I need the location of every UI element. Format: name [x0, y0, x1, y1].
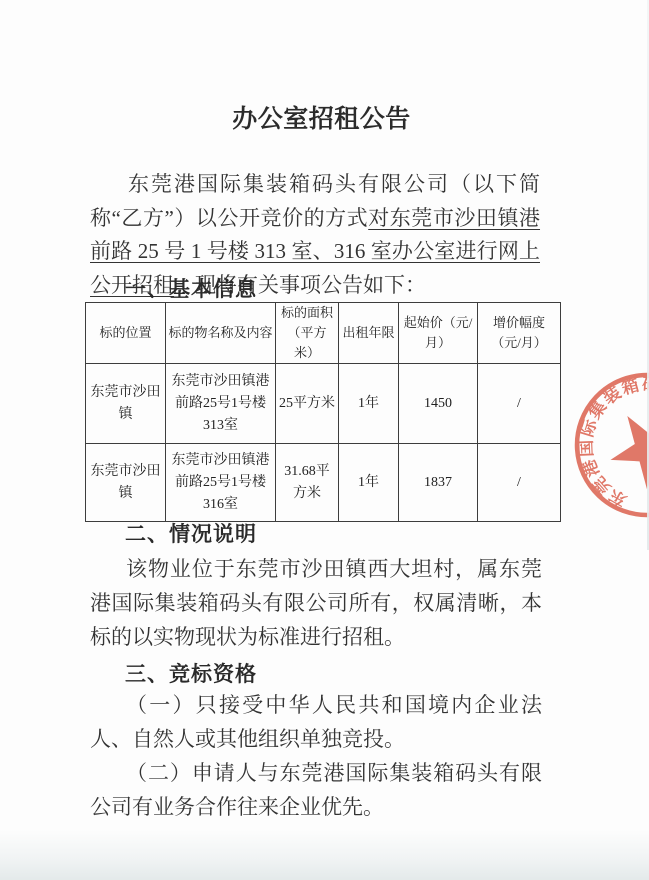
col-header-start-price: 起始价（元/月） — [399, 303, 478, 364]
qualification-paragraphs: （一）只接受中华人民共和国境内企业法人、自然人或其他组织单独竞投。 （二）申请人… — [90, 688, 542, 824]
cell-start-price: 1450 — [399, 364, 478, 444]
col-header-location: 标的位置 — [86, 303, 166, 364]
section-heading-situation: 二、情况说明 — [125, 518, 257, 548]
cell-object-name: 东莞市沙田镇港前路25号1号楼313室 — [166, 364, 276, 444]
company-seal: 东莞港国际集装箱码头有限公司 — [562, 360, 649, 530]
cell-area: 25平方米 — [276, 364, 339, 444]
table-header-row: 标的位置 标的物名称及内容 标的面积（平方米） 出租年限 起始价（元/月） 增价… — [86, 303, 561, 364]
cell-start-price: 1837 — [399, 444, 478, 522]
scan-bottom-shadow — [0, 830, 649, 880]
table-row: 东莞市沙田镇 东莞市沙田镇港前路25号1号楼313室 25平方米 1年 1450… — [86, 364, 561, 444]
cell-area: 31.68平方米 — [276, 444, 339, 522]
cell-location: 东莞市沙田镇 — [86, 364, 166, 444]
qualification-item: （一）只接受中华人民共和国境内企业法人、自然人或其他组织单独竞投。 — [90, 688, 542, 756]
cell-increment: / — [478, 364, 561, 444]
situation-paragraph: 该物业位于东莞市沙田镇西大坦村，属东莞港国际集装箱码头有限公司所有，权属清晰，本… — [90, 552, 542, 654]
cell-lease-term: 1年 — [339, 444, 399, 522]
col-header-area: 标的面积（平方米） — [276, 303, 339, 364]
section-heading-basic-info: 一、基本信息 — [125, 273, 257, 303]
section-heading-qualification: 三、竞标资格 — [125, 658, 257, 688]
document-page: 办公室招租公告 东莞港国际集装箱码头有限公司（以下简称“乙方”）以公开竞价的方式… — [0, 0, 649, 880]
col-header-lease-term: 出租年限 — [339, 303, 399, 364]
qualification-item: （二）申请人与东莞港国际集装箱码头有限公司有业务合作往来企业优先。 — [90, 756, 542, 824]
page-title: 办公室招租公告 — [0, 99, 643, 135]
cell-object-name: 东莞市沙田镇港前路25号1号楼316室 — [166, 444, 276, 522]
basic-info-table: 标的位置 标的物名称及内容 标的面积（平方米） 出租年限 起始价（元/月） 增价… — [85, 302, 561, 522]
cell-increment: / — [478, 444, 561, 522]
table-row: 东莞市沙田镇 东莞市沙田镇港前路25号1号楼316室 31.68平方米 1年 1… — [86, 444, 561, 522]
col-header-object-name: 标的物名称及内容 — [166, 303, 276, 364]
cell-location: 东莞市沙田镇 — [86, 444, 166, 522]
cell-lease-term: 1年 — [339, 364, 399, 444]
col-header-increment: 增价幅度（元/月） — [478, 303, 561, 364]
